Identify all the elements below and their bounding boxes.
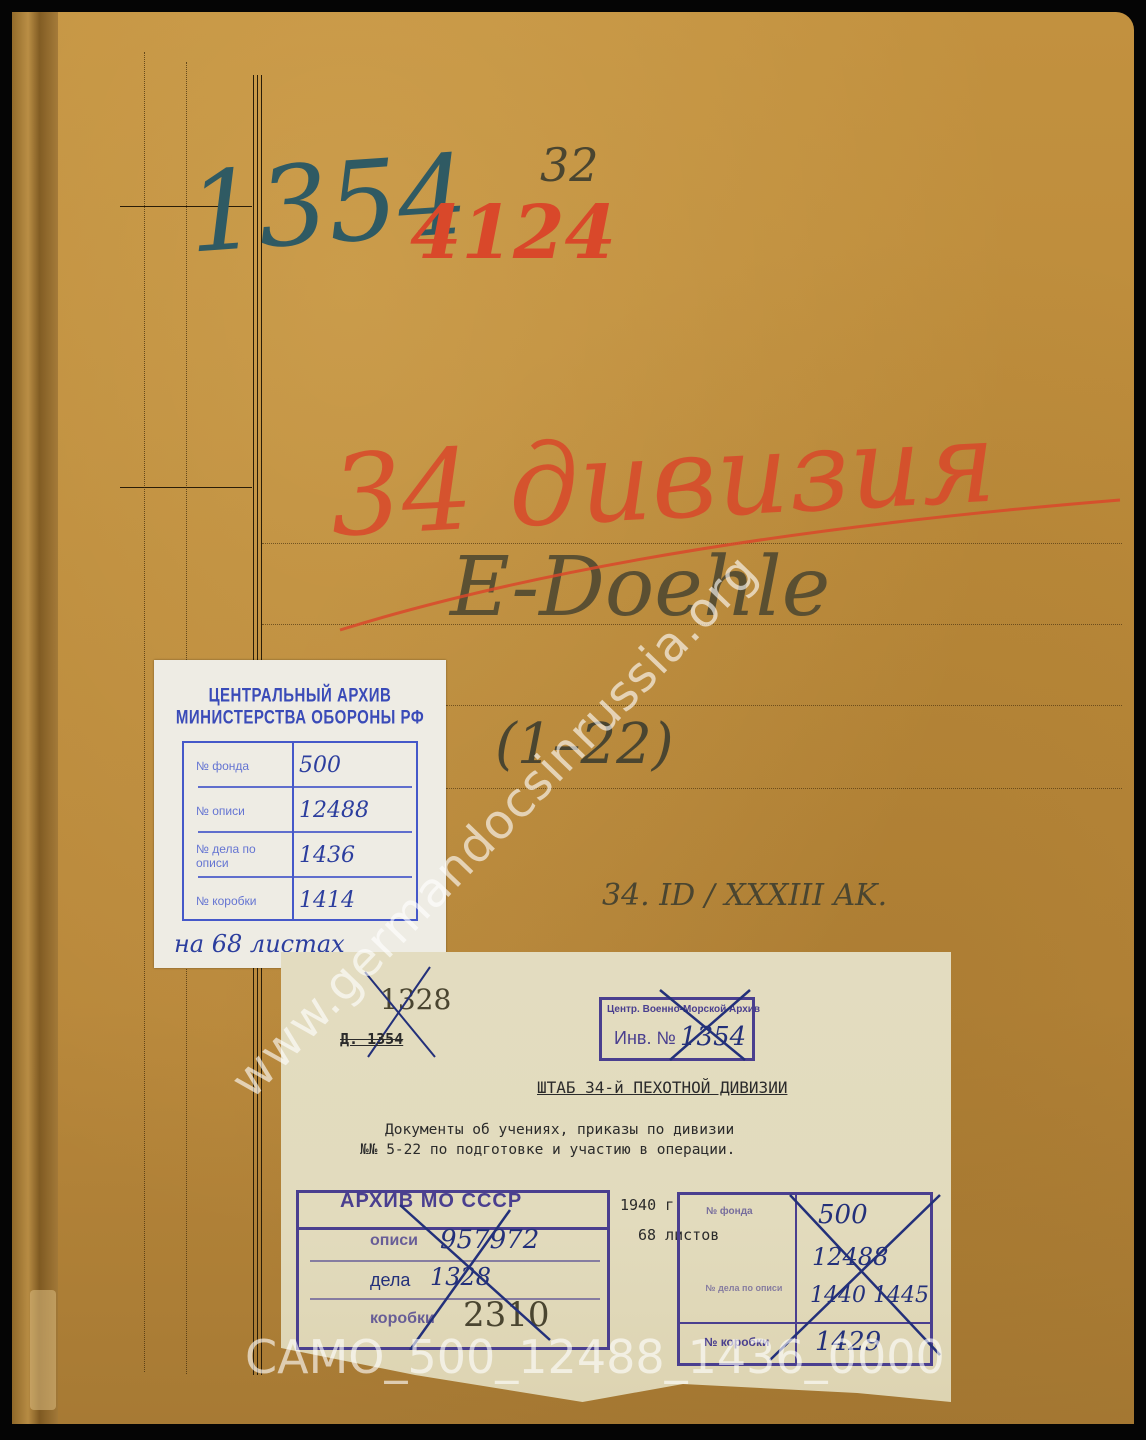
file-number: Д. 1354 (340, 1030, 403, 1048)
cross-out-mark (650, 985, 760, 1065)
spine-tear (30, 1290, 56, 1410)
bottom-watermark: CAMO_500_12488_1436_0000 (245, 1330, 945, 1384)
row-value: 1436 (299, 833, 414, 878)
writing-line (446, 705, 1122, 706)
folder-spine (12, 12, 58, 1424)
row-label: № описи (196, 788, 290, 833)
pencil-german-reference: 34. ID / XXXIII AK. (602, 878, 887, 913)
row-value: 12488 (299, 788, 414, 833)
heading-typed: ШТАБ 34-й ПЕХОТНОЙ ДИВИЗИИ (537, 1078, 787, 1097)
row-label: № фонда (196, 743, 290, 788)
margin-dotted-line (144, 52, 145, 1372)
table-row: № дела по описи 1436 (184, 833, 416, 878)
row-label: № коробки (196, 878, 290, 923)
row-label: № дела по описи (196, 833, 290, 878)
archive-label-title-line1: ЦЕНТРАЛЬНЫЙ АРХИВ (154, 684, 446, 706)
table-row: № фонда 500 (184, 743, 416, 788)
right-stamp-label-fond: № фонда (706, 1206, 753, 1217)
description-line1: Документы об учениях, приказы по дивизии (385, 1122, 734, 1138)
red-pencil-number: 4124 (410, 190, 616, 276)
table-row: № описи 12488 (184, 788, 416, 833)
description-line2: №№ 5-22 по подготовке и участию в операц… (360, 1142, 735, 1158)
row-value: 500 (299, 743, 414, 788)
year: 1940 г. (620, 1196, 683, 1214)
archive-label-title-line2: МИНИСТЕРСТВА ОБОРОНЫ РФ (154, 706, 446, 728)
margin-tick (120, 487, 252, 488)
pencil-superscript: 32 (540, 138, 599, 192)
cross-out-mark (390, 1200, 560, 1350)
archive-label-table: № фонда 500 № описи 12488 № дела по опис… (182, 741, 418, 921)
